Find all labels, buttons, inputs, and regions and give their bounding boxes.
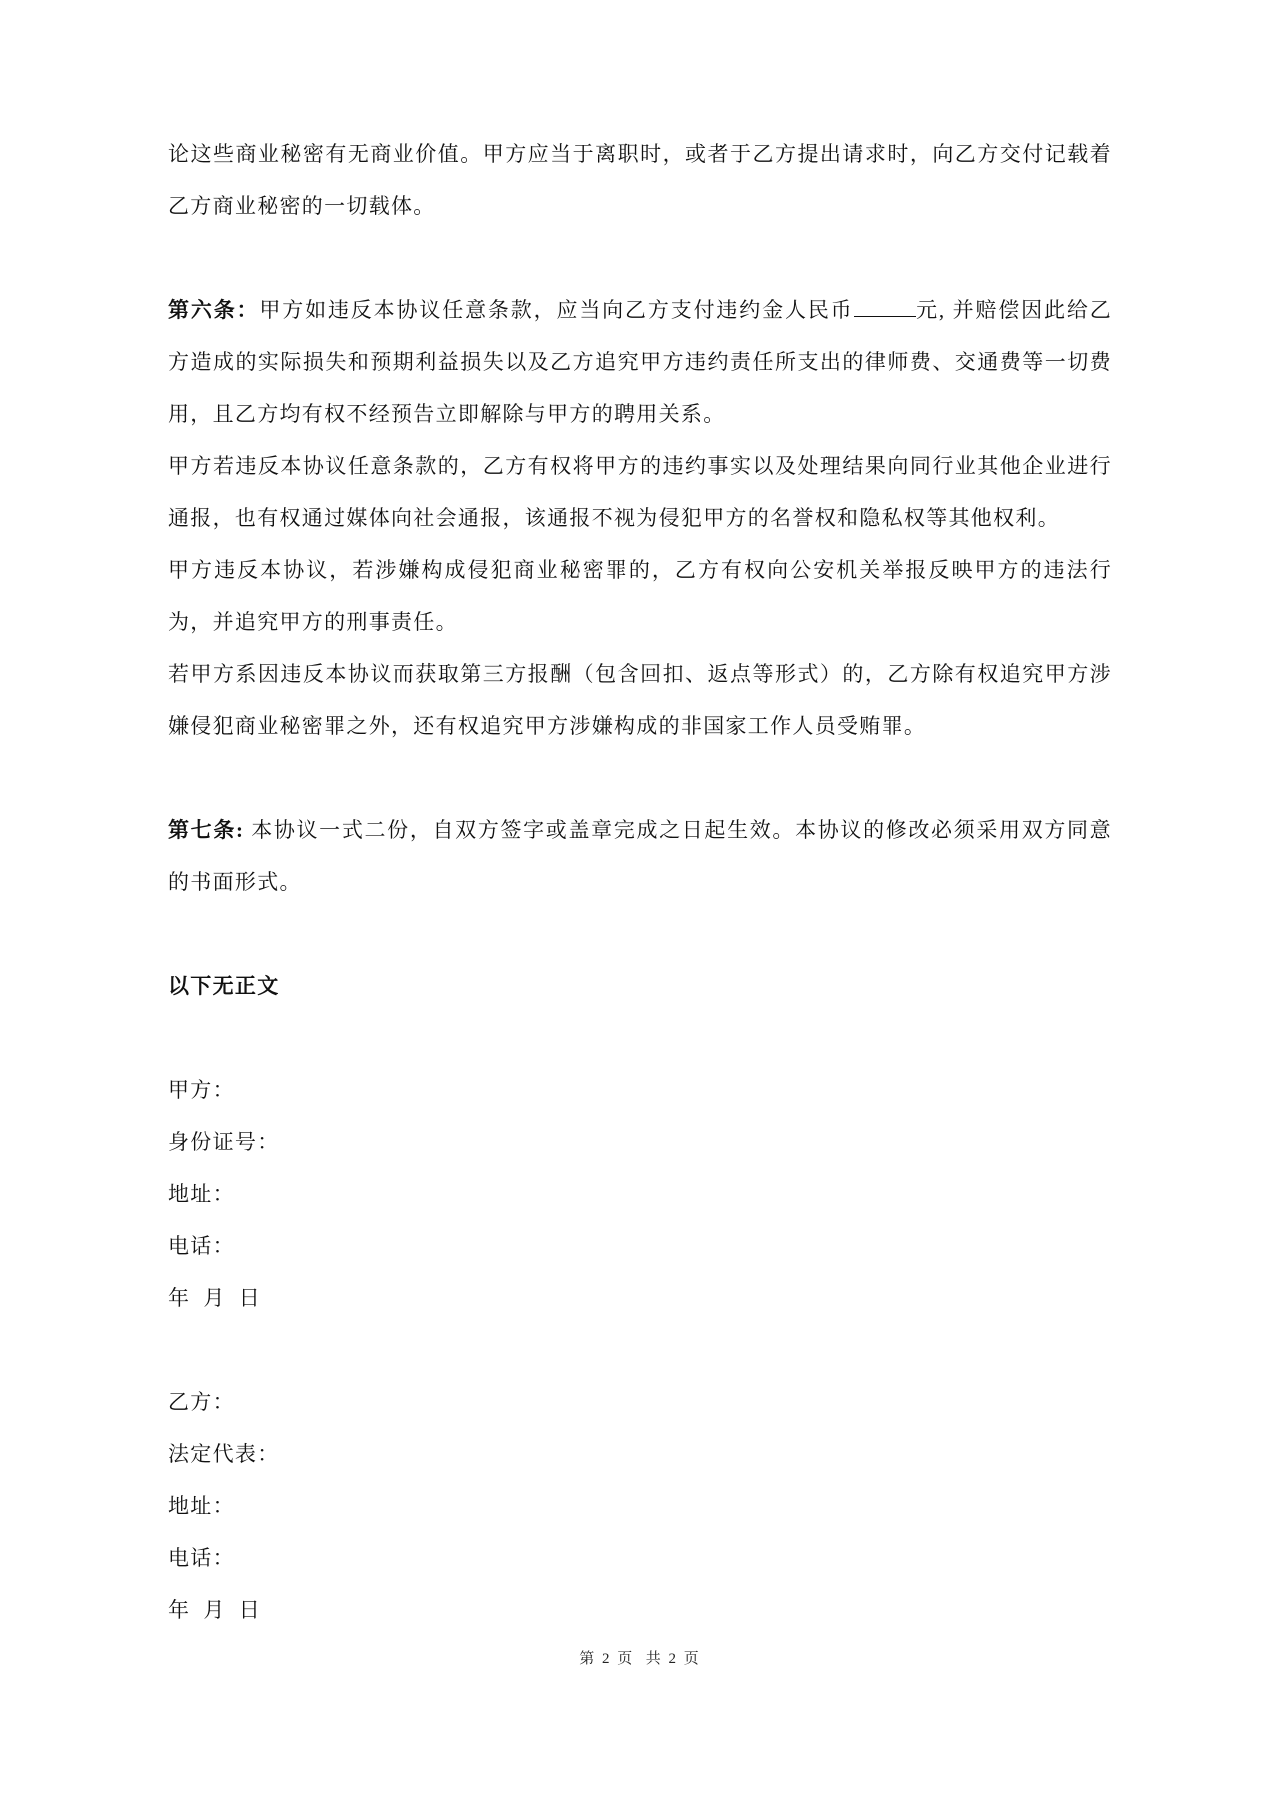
party-b-phone-line: 电话： xyxy=(168,1532,1112,1584)
no-more-text-notice: 以下无正文 xyxy=(168,960,1112,1012)
party-a-id-line: 身份证号： xyxy=(168,1116,1112,1168)
document-page: 论这些商业秘密有无商业价值。甲方应当于离职时，或者于乙方提出请求时，向乙方交付记… xyxy=(0,0,1280,1810)
page-number-footer: 第 2 页 共 2 页 xyxy=(0,1648,1280,1670)
party-b-date-line: 年 月 日 xyxy=(168,1584,1112,1636)
paragraph-carryover: 论这些商业秘密有无商业价值。甲方应当于离职时，或者于乙方提出请求时，向乙方交付记… xyxy=(168,128,1112,232)
clause-7-label: 第七条: xyxy=(168,818,244,842)
party-a-name-line: 甲方： xyxy=(168,1064,1112,1116)
clause-6-label: 第六条： xyxy=(168,298,259,322)
clause-6-paragraph-4: 若甲方系因违反本协议而获取第三方报酬（包含回扣、返点等形式）的，乙方除有权追究甲… xyxy=(168,648,1112,752)
clause-6-text-before-blank: 甲方如违反本协议任意条款，应当向乙方支付违约金人民币 xyxy=(259,298,853,322)
party-a-date-line: 年 月 日 xyxy=(168,1272,1112,1324)
party-a-phone-line: 电话： xyxy=(168,1220,1112,1272)
party-a-signature-block: 甲方： 身份证号： 地址： 电话： 年 月 日 xyxy=(168,1064,1112,1324)
party-a-address-line: 地址： xyxy=(168,1168,1112,1220)
clause-6-paragraph-3: 甲方违反本协议，若涉嫌构成侵犯商业秘密罪的，乙方有权向公安机关举报反映甲方的违法… xyxy=(168,544,1112,648)
clause-7-text: 本协议一式二份，自双方签字或盖章完成之日起生效。本协议的修改必须采用双方同意的书… xyxy=(168,818,1112,894)
blank-underline xyxy=(854,294,916,317)
party-b-address-line: 地址： xyxy=(168,1480,1112,1532)
clause-7-paragraph: 第七条: 本协议一式二份，自双方签字或盖章完成之日起生效。本协议的修改必须采用双… xyxy=(168,804,1112,908)
party-b-legal-rep-line: 法定代表： xyxy=(168,1428,1112,1480)
party-b-name-line: 乙方： xyxy=(168,1376,1112,1428)
clause-6-paragraph: 第六条：甲方如违反本协议任意条款，应当向乙方支付违约金人民币元, 并赔偿因此给乙… xyxy=(168,284,1112,440)
clause-6-paragraph-2: 甲方若违反本协议任意条款的，乙方有权将甲方的违约事实以及处理结果向同行业其他企业… xyxy=(168,440,1112,544)
party-b-signature-block: 乙方： 法定代表： 地址： 电话： 年 月 日 xyxy=(168,1376,1112,1636)
